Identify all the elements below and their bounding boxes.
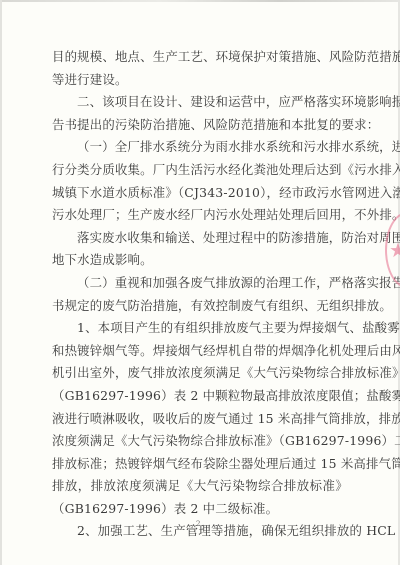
text-line: 排放，排放浓度须满足《大气污染物综合排放标准》 xyxy=(52,475,348,498)
text-line: 等进行建设。 xyxy=(52,69,348,92)
text-line: 目的规模、地点、生产工艺、环境保护对策措施、风险防范措施 xyxy=(52,46,348,69)
page-edge-left xyxy=(0,0,2,565)
text-line: 机引出室外，废气排放浓度须满足《大气污染物综合排放标准》 xyxy=(52,362,348,385)
star-icon: ★ xyxy=(389,238,400,262)
text-line: 浓度须满足《大气污染物综合排放标准》（GB16297-1996）二级 xyxy=(52,430,348,453)
text-line: 告书提出的污染防治措施、风险防范措施和本批复的要求： xyxy=(52,114,348,137)
text-line: 1、本项目产生的有组织排放废气主要为焊接烟气、盐酸雾 xyxy=(52,317,348,340)
text-line: （GB16297-1996）表 2 中颗粒物最高排放浓度限值；盐酸雾经碱 xyxy=(52,385,348,408)
page-edge-top xyxy=(0,0,400,2)
text-line: 地下水造成影响。 xyxy=(52,249,348,272)
text-line: 书规定的废气防治措施，有效控制废气有组织、无组织排放。 xyxy=(52,295,348,318)
text-line: 行分类分质收集。厂内生活污水经化粪池处理后达到《污水排入 xyxy=(52,159,348,182)
page-number: 2 xyxy=(196,520,200,528)
text-line: 二、该项目在设计、建设和运营中，应严格落实环境影响报 xyxy=(52,91,348,114)
text-line: 污水处理厂；生产废水经厂内污水处理站处理后回用，不外排。 xyxy=(52,204,348,227)
document-body: 目的规模、地点、生产工艺、环境保护对策措施、风险防范措施等进行建设。二、该项目在… xyxy=(52,46,348,543)
text-line: 排放标准；热镀锌烟气经布袋除尘器处理后通过 15 米高排气筒 xyxy=(52,453,348,476)
text-line: 和热镀锌烟气等。焊接烟气经焊机自带的焊烟净化机处理后由风 xyxy=(52,340,348,363)
text-line: 落实废水收集和输送、处理过程中的防渗措施，防治对周围 xyxy=(52,227,348,250)
text-line: （一）全厂排水系统分为雨水排水系统和污水排水系统，进 xyxy=(52,136,348,159)
text-line: 城镇下水道水质标准》（CJ343-2010），经市政污水管网进入渤发 xyxy=(52,182,348,205)
text-line: （GB16297-1996）表 2 中二级标准。 xyxy=(52,498,348,521)
text-line: （二）重视和加强各废气排放源的治理工作，严格落实报告 xyxy=(52,272,348,295)
text-line: 液进行喷淋吸收，吸收后的废气通过 15 米高排气筒排放，排放 xyxy=(52,408,348,431)
